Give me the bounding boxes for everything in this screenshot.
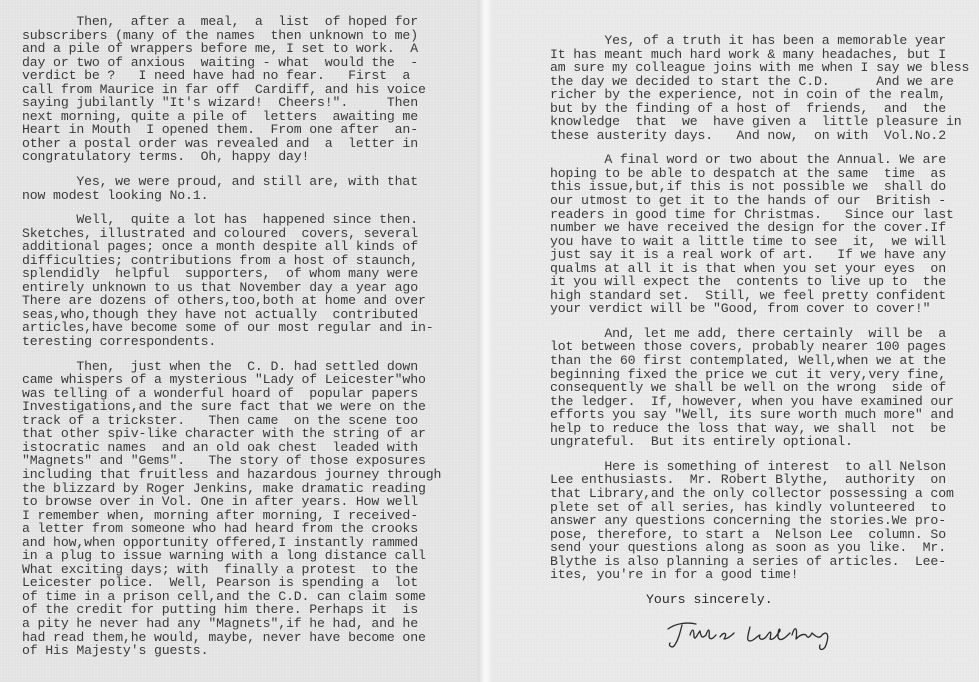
- text-line: your verdict will be "Good, from cover t…: [550, 302, 979, 316]
- text-line: Investigations,and the sure fact that we…: [22, 400, 478, 414]
- text-line: other a postal order was revealed and a …: [22, 137, 478, 151]
- text-line: A final word or two about the Annual. We…: [550, 153, 979, 167]
- text-line: efforts you say "Well, its sure worth mu…: [550, 408, 979, 422]
- text-line: just say it is a real work of art. If we…: [550, 248, 979, 262]
- text-line: am sure my colleague joins with me when …: [550, 61, 979, 75]
- text-line: of His Majesty's guests.: [22, 644, 478, 658]
- text-line: send your questions along as soon as you…: [550, 541, 979, 555]
- text-line: There are dozens of others,too,both at h…: [22, 294, 478, 308]
- text-line: Here is something of interest to all Nel…: [550, 460, 979, 474]
- text-line: the blizzard by Roger Jenkins, make dram…: [22, 482, 478, 496]
- text-line: Yes, of a truth it has been a memorable …: [550, 34, 979, 48]
- text-line: day or two of anxious waiting - what wou…: [22, 56, 478, 70]
- text-line: Well, quite a lot has happened since the…: [22, 213, 478, 227]
- text-line: number we have received the design for t…: [550, 221, 979, 235]
- text-line: high standard set. Still, we feel pretty…: [550, 289, 979, 303]
- text-line: the ledger. If, however, when you have e…: [550, 395, 979, 409]
- text-line: splendidly helpful supporters, of whom m…: [22, 267, 478, 281]
- paragraph: A final word or two about the Annual. We…: [550, 153, 979, 316]
- text-line: came whispers of a mysterious "Lady of L…: [22, 373, 478, 387]
- text-line: subscribers (many of the names then unkn…: [22, 29, 478, 43]
- text-line: and how,when opportunity offered,I insta…: [22, 536, 478, 550]
- text-line: had read them,he would, maybe, never hav…: [22, 631, 478, 645]
- paragraph: Then, just when the C. D. had settled do…: [22, 360, 478, 658]
- text-line: Yes, we were proud, and still are, with …: [22, 175, 478, 189]
- paragraph: Well, quite a lot has happened since the…: [22, 213, 478, 348]
- text-line: Sketches, illustrated and coloured cover…: [22, 227, 478, 241]
- text-line: difficulties; contributions from a host …: [22, 254, 478, 268]
- document-spread: Then, after a meal, a list of hoped fors…: [0, 0, 979, 682]
- page-gutter: [478, 0, 492, 682]
- text-line: And, let me add, there certainly will be…: [550, 327, 979, 341]
- text-line: to browse over in Vol. One in after year…: [22, 495, 478, 509]
- text-line: than the 60 first contemplated, Well,whe…: [550, 354, 979, 368]
- text-line: answer any questions concerning the stor…: [550, 514, 979, 528]
- text-line: track of a trickster. Then came on the s…: [22, 414, 478, 428]
- text-line: ungrateful. But its entirely optional.: [550, 435, 979, 449]
- text-line: you have to wait a little time to see it…: [550, 235, 979, 249]
- text-line: I remember when, morning after morning, …: [22, 509, 478, 523]
- text-line: Then, just when the C. D. had settled do…: [22, 360, 478, 374]
- signature-icon: [662, 615, 852, 655]
- text-line: pose, therefore, to start a Nelson Lee c…: [550, 528, 979, 542]
- text-line: now modest looking No.1.: [22, 189, 478, 203]
- text-line: seas,who,though they have not actually c…: [22, 308, 478, 322]
- text-line: knowledge that we have given a little pl…: [550, 115, 979, 129]
- text-line: that Library,and the only collector poss…: [550, 487, 979, 501]
- text-line: our utmost to get it to the hands of our…: [550, 194, 979, 208]
- paragraph: Then, after a meal, a list of hoped fors…: [22, 15, 478, 164]
- paragraph: Yes, of a truth it has been a memorable …: [550, 34, 979, 142]
- paragraph: Here is something of interest to all Nel…: [550, 460, 979, 582]
- text-line: consequently we shall be well on the wro…: [550, 381, 979, 395]
- text-line: Leicester police. Well, Pearson is spend…: [22, 576, 478, 590]
- text-line: a pity he never had any "Magnets",if he …: [22, 617, 478, 631]
- text-line: next morning, quite a pile of letters aw…: [22, 110, 478, 124]
- text-line: qualms at all it is that when you set yo…: [550, 262, 979, 276]
- text-line: articles,have become some of our most re…: [22, 321, 478, 335]
- text-line: these austerity days. And now, on with V…: [550, 129, 979, 143]
- text-line: hoping to be able to despatch at the sam…: [550, 167, 979, 181]
- text-line: of time in a prison cell,and the C.D. ca…: [22, 590, 478, 604]
- text-line: it you will expect the contents to live …: [550, 275, 979, 289]
- closing-salutation: Yours sincerely.: [646, 593, 979, 607]
- text-line: plete set of all series, has kindly volu…: [550, 501, 979, 515]
- left-page: Then, after a meal, a list of hoped fors…: [0, 0, 478, 682]
- text-line: saying jubilantly "It's wizard! Cheers!"…: [22, 96, 478, 110]
- text-line: congratulatory terms. Oh, happy day!: [22, 150, 478, 164]
- paragraph: And, let me add, there certainly will be…: [550, 327, 979, 449]
- text-line: that other spiv-like character with the …: [22, 427, 478, 441]
- text-line: Blythe is also planning a series of arti…: [550, 555, 979, 569]
- text-line: It has meant much hard work & many heada…: [550, 48, 979, 62]
- text-line: beginning fixed the price we cut it very…: [550, 368, 979, 382]
- text-line: was telling of a wonderful hoard of popu…: [22, 387, 478, 401]
- text-line: the day we decided to start the C.D. And…: [550, 75, 979, 89]
- text-line: istocratic names and an old oak chest le…: [22, 441, 478, 455]
- text-line: entirely unknown to us that November day…: [22, 281, 478, 295]
- text-line: call from Maurice in far off Cardiff, an…: [22, 83, 478, 97]
- text-line: help to reduce the loss that way, we sha…: [550, 422, 979, 436]
- text-line: additional pages; once a month despite a…: [22, 240, 478, 254]
- text-line: richer by the experience, not in coin of…: [550, 88, 979, 102]
- text-line: readers in good time for Christmas. Sinc…: [550, 208, 979, 222]
- text-line: "Magnets" and "Gems". The story of those…: [22, 454, 478, 468]
- text-line: ites, you're in for a good time!: [550, 568, 979, 582]
- text-line: of the credit for putting him there. Per…: [22, 603, 478, 617]
- text-line: Heart in Mouth I opened them. From one a…: [22, 123, 478, 137]
- text-line: this issue,but,if this is not possible w…: [550, 180, 979, 194]
- text-line: Then, after a meal, a list of hoped for: [22, 15, 478, 29]
- text-line: and a pile of wrappers before me, I set …: [22, 42, 478, 56]
- text-line: a letter from someone who had heard from…: [22, 522, 478, 536]
- right-page: Yes, of a truth it has been a memorable …: [492, 0, 979, 682]
- text-line: teresting correspondents.: [22, 335, 478, 349]
- text-line: lot between those covers, probably neare…: [550, 340, 979, 354]
- text-line: but by the finding of a host of friends,…: [550, 102, 979, 116]
- text-line: verdict be ? I need have had no fear. Fi…: [22, 69, 478, 83]
- text-line: Lee enthusiasts. Mr. Robert Blythe, auth…: [550, 473, 979, 487]
- text-line: What exciting days; with finally a prote…: [22, 563, 478, 577]
- text-line: including that fruitless and hazardous j…: [22, 468, 478, 482]
- handwritten-signature: [662, 615, 852, 655]
- paragraph: Yes, we were proud, and still are, with …: [22, 175, 478, 202]
- text-line: in a plug to issue warning with a long d…: [22, 549, 478, 563]
